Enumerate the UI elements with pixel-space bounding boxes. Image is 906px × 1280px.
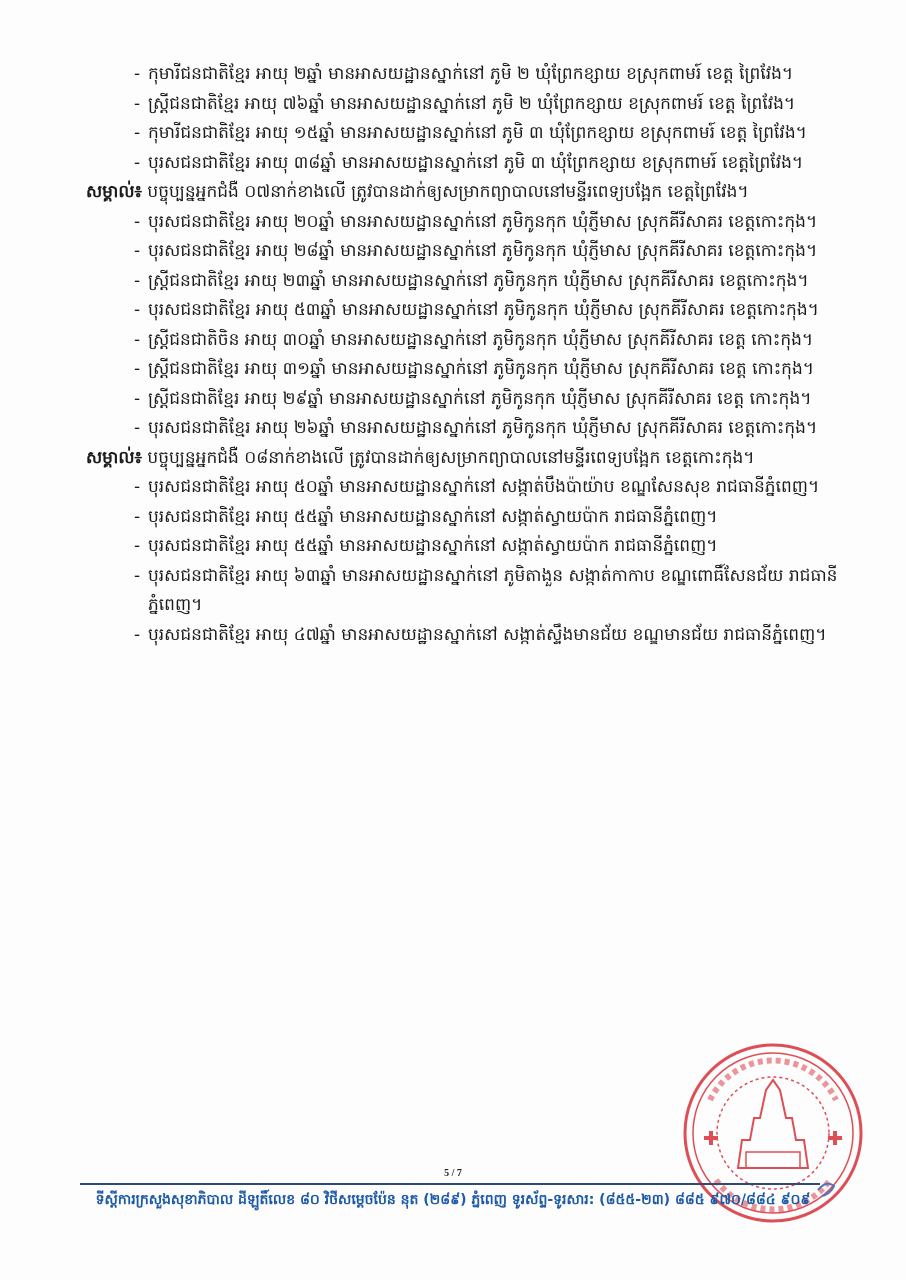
note-text: បច្ចុប្បន្នអ្នកជំងឺ ០៨នាក់ខាងលើ ត្រូវបាន… bbox=[142, 448, 754, 468]
case-list-item: -កុមារីជនជាតិខ្មែរ អាយុ ១៥ឆ្នាំ មានអាសយដ… bbox=[86, 119, 876, 149]
bullet-dash: - bbox=[134, 621, 140, 651]
bullet-dash: - bbox=[134, 562, 140, 592]
case-list-item: -បុរសជនជាតិខ្មែរ អាយុ ៥០ឆ្នាំ មានអាសយដ្ឋ… bbox=[86, 473, 876, 503]
bullet-dash: - bbox=[134, 208, 140, 238]
bullet-dash: - bbox=[134, 473, 140, 503]
bullet-dash: - bbox=[134, 119, 140, 149]
case-list-item: -ស្រ្តីជនជាតិខ្មែរ អាយុ ២៩ឆ្នាំ មានអាសយដ… bbox=[86, 385, 876, 415]
bullet-dash: - bbox=[134, 60, 140, 90]
case-list-item: -បុរសជនជាតិខ្មែរ អាយុ ៥៥ឆ្នាំ មានអាសយដ្ឋ… bbox=[86, 532, 876, 562]
note-label: សម្គាល់៖ bbox=[86, 182, 142, 202]
bullet-dash: - bbox=[134, 326, 140, 356]
case-list-item: -កុមារីជនជាតិខ្មែរ អាយុ ២ឆ្នាំ មានអាសយដ្… bbox=[86, 60, 876, 90]
section-phnom-penh: -បុរសជនជាតិខ្មែរ អាយុ ៥០ឆ្នាំ មានអាសយដ្ឋ… bbox=[86, 473, 876, 650]
bullet-dash: - bbox=[134, 414, 140, 444]
case-list-item: -បុរសជនជាតិខ្មែរ អាយុ ២០ឆ្នាំ មានអាសយដ្ឋ… bbox=[86, 208, 876, 238]
footer-divider bbox=[80, 1183, 820, 1185]
case-list-item: -បុរសជនជាតិខ្មែរ អាយុ ៥៣ឆ្នាំ មានអាសយដ្ឋ… bbox=[86, 296, 876, 326]
document-body: -កុមារីជនជាតិខ្មែរ អាយុ ២ឆ្នាំ មានអាសយដ្… bbox=[86, 60, 876, 650]
document-page: -កុមារីជនជាតិខ្មែរ អាយុ ២ឆ្នាំ មានអាសយដ្… bbox=[0, 0, 906, 1280]
bullet-dash: - bbox=[134, 296, 140, 326]
bullet-dash: - bbox=[134, 149, 140, 179]
section-note: សម្គាល់៖ បច្ចុប្បន្នអ្នកជំងឺ ០៧នាក់ខាងលើ… bbox=[86, 178, 876, 208]
case-list-item: -បុរសជនជាតិខ្មែរ អាយុ ២៦ឆ្នាំ មានអាសយដ្ឋ… bbox=[86, 414, 876, 444]
bullet-dash: - bbox=[134, 90, 140, 120]
bullet-dash: - bbox=[134, 267, 140, 297]
page-number: 5 / 7 bbox=[0, 1168, 906, 1179]
bullet-dash: - bbox=[134, 237, 140, 267]
case-list-item: -ស្រ្តីជនជាតិខ្មែរ អាយុ ២៣ឆ្នាំ មានអាសយដ… bbox=[86, 267, 876, 297]
bullet-dash: - bbox=[134, 532, 140, 562]
case-list-item: -បុរសជនជាតិខ្មែរ អាយុ ៥៥ឆ្នាំ មានអាសយដ្ឋ… bbox=[86, 503, 876, 533]
bullet-dash: - bbox=[134, 355, 140, 385]
bullet-dash: - bbox=[134, 503, 140, 533]
note-text: បច្ចុប្បន្នអ្នកជំងឺ ០៧នាក់ខាងលើ ត្រូវបាន… bbox=[142, 182, 749, 202]
case-list-item: -ស្រ្តីជនជាតិចិន អាយុ ៣០ឆ្នាំ មានអាសយដ្ឋ… bbox=[86, 326, 876, 356]
footer-address: ទីស្តីការក្រសួងសុខាភិបាល ដីឡូតិ៍លេខ ៨០ វ… bbox=[0, 1190, 906, 1211]
case-list-item: -បុរសជនជាតិខ្មែរ អាយុ ៤៧ឆ្នាំ មានអាសយដ្ឋ… bbox=[86, 621, 876, 651]
case-list-item: -ស្រ្តីជនជាតិខ្មែរ អាយុ ៧៦ឆ្នាំ មានអាសយដ… bbox=[86, 90, 876, 120]
section-note: សម្គាល់៖ បច្ចុប្បន្នអ្នកជំងឺ ០៨នាក់ខាងលើ… bbox=[86, 444, 876, 474]
section-koh-kong: -បុរសជនជាតិខ្មែរ អាយុ ២០ឆ្នាំ មានអាសយដ្ឋ… bbox=[86, 208, 876, 474]
case-list-item: -បុរសជនជាតិខ្មែរ អាយុ ២៨ឆ្នាំ មានអាសយដ្ឋ… bbox=[86, 237, 876, 267]
case-list-item: -ស្រ្តីជនជាតិខ្មែរ អាយុ ៣១ឆ្នាំ មានអាសយដ… bbox=[86, 355, 876, 385]
case-list-item: -បុរសជនជាតិខ្មែរ អាយុ ៦៣ឆ្នាំ មានអាសយដ្ឋ… bbox=[86, 562, 876, 621]
note-label: សម្គាល់៖ bbox=[86, 448, 142, 468]
case-list-item: -បុរសជនជាតិខ្មែរ អាយុ ៣៨ឆ្នាំ មានអាសយដ្ឋ… bbox=[86, 149, 876, 179]
bullet-dash: - bbox=[134, 385, 140, 415]
section-prey-veng: -កុមារីជនជាតិខ្មែរ អាយុ ២ឆ្នាំ មានអាសយដ្… bbox=[86, 60, 876, 208]
